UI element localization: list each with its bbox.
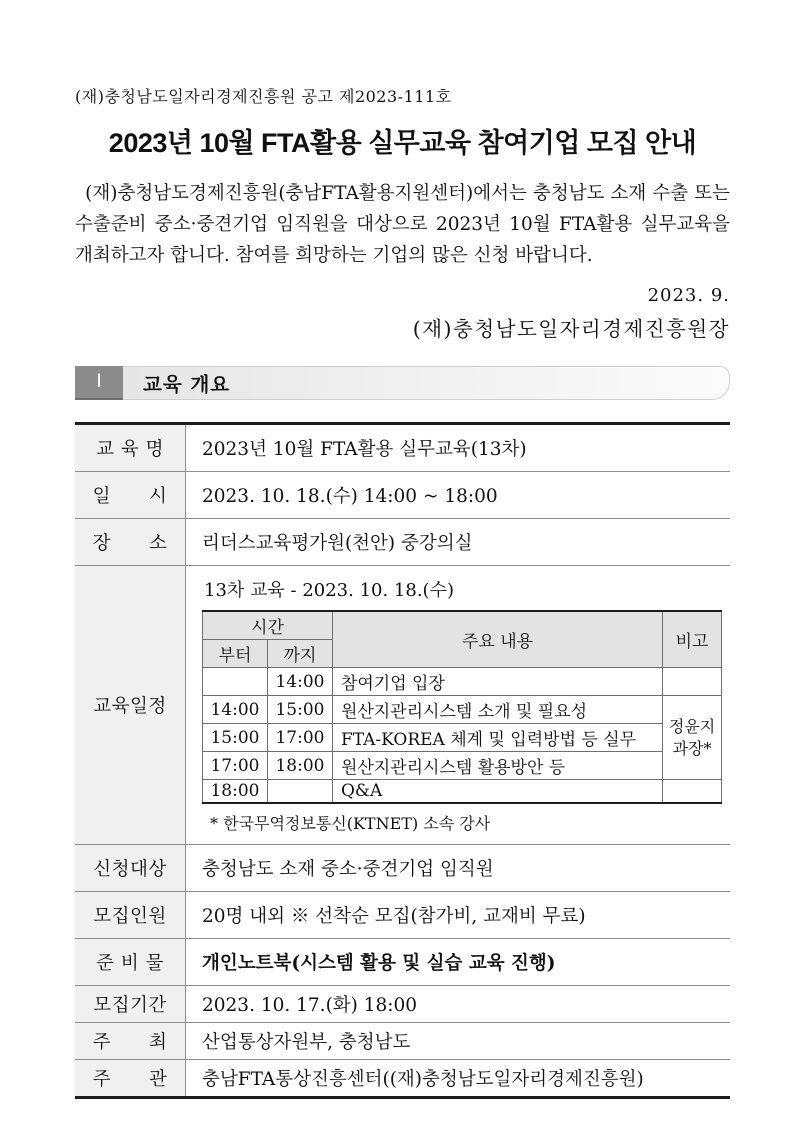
schedule-footnote: * 한국무역정보통신(KTNET) 소속 강사 (210, 811, 722, 834)
schedule-row: 17:00 18:00 원산지관리시스템 활용방안 등 (203, 752, 722, 780)
row-value: 2023. 10. 17.(화) 18:00 (186, 986, 731, 1023)
session-note (663, 780, 722, 804)
table-row-name: 교 육 명 2023년 10월 FTA활용 실무교육(13차) (75, 424, 730, 472)
row-value: 리더스교육평가원(천안) 중강의실 (186, 519, 731, 566)
session-content: 참여기업 입장 (332, 668, 662, 696)
table-row-host: 주 최 산업통상자원부, 충청남도 (75, 1023, 730, 1060)
section-header: I 교육 개요 (75, 366, 730, 400)
row-label: 교 육 명 (75, 424, 186, 472)
section-title: 교육 개요 (123, 369, 230, 397)
row-label: 교육일정 (75, 566, 186, 845)
row-value: 2023년 10월 FTA활용 실무교육(13차) (186, 424, 731, 472)
document-page: (재)충청남도일자리경제진흥원 공고 제2023-111호 2023년 10월 … (0, 0, 800, 1099)
schedule-cell: 13차 교육 - 2023. 10. 18.(수) 시간 주요 내용 비고 (186, 566, 731, 845)
time-from: 15:00 (203, 724, 268, 752)
table-row-schedule: 교육일정 13차 교육 - 2023. 10. 18.(수) 시간 주요 내용 … (75, 566, 730, 845)
row-label: 주 관 (75, 1060, 186, 1098)
signature: (재)충청남도일자리경제진흥원장 (75, 312, 730, 342)
session-content: 원산지관리시스템 활용방안 등 (332, 752, 662, 780)
time-to: 14:00 (267, 668, 332, 696)
session-note (663, 668, 722, 696)
announcement-date: 2023. 9. (75, 285, 730, 306)
time-from: 18:00 (203, 780, 268, 804)
row-label: 신청대상 (75, 845, 186, 892)
table-row-organizer: 주 관 충남FTA통상진흥센터((재)충청남도일자리경제진흥원) (75, 1060, 730, 1098)
row-value: 2023. 10. 18.(수) 14:00 ~ 18:00 (186, 472, 731, 519)
col-header-note: 비고 (663, 611, 722, 668)
session-content: FTA-KOREA 체계 및 입력방법 등 실무 (332, 724, 662, 752)
page-title: 2023년 10월 FTA활용 실무교육 참여기업 모집 안내 (75, 121, 730, 160)
row-value: 충남FTA통상진흥센터((재)충청남도일자리경제진흥원) (186, 1060, 731, 1098)
time-from (203, 668, 268, 696)
row-value: 충청남도 소재 중소·중견기업 임직원 (186, 845, 731, 892)
col-header-time: 시간 (203, 611, 333, 640)
time-to: 18:00 (267, 752, 332, 780)
schedule-row: 14:00 15:00 원산지관리시스템 소개 및 필요성 정윤지 과장* (203, 696, 722, 724)
row-label: 장 소 (75, 519, 186, 566)
session-content: 원산지관리시스템 소개 및 필요성 (332, 696, 662, 724)
schedule-row: 15:00 17:00 FTA-KOREA 체계 및 입력방법 등 실무 (203, 724, 722, 752)
intro-paragraph: (재)충청남도경제진흥원(충남FTA활용지원센터)에서는 충청남도 소재 수출 … (75, 178, 730, 271)
table-row-datetime: 일 시 2023. 10. 18.(수) 14:00 ~ 18:00 (75, 472, 730, 519)
row-label: 주 최 (75, 1023, 186, 1060)
schedule-row: 14:00 참여기업 입장 (203, 668, 722, 696)
instructor-note: 정윤지 과장* (663, 696, 722, 780)
schedule-row: 18:00 Q&A (203, 780, 722, 804)
time-to: 17:00 (267, 724, 332, 752)
schedule-caption: 13차 교육 - 2023. 10. 18.(수) (204, 576, 722, 602)
col-header-content: 주요 내용 (332, 611, 662, 668)
table-row-target: 신청대상 충청남도 소재 중소·중견기업 임직원 (75, 845, 730, 892)
col-header-to: 까지 (267, 640, 332, 668)
row-label: 모집기간 (75, 986, 186, 1023)
time-from: 14:00 (203, 696, 268, 724)
row-label: 일 시 (75, 472, 186, 519)
schedule-table: 시간 주요 내용 비고 부터 까지 (202, 610, 722, 804)
table-row-materials: 준 비 물 개인노트북(시스템 활용 및 실습 교육 진행) (75, 939, 730, 986)
overview-table: 교 육 명 2023년 10월 FTA활용 실무교육(13차) 일 시 2023… (75, 422, 730, 1099)
notice-number: (재)충청남도일자리경제진흥원 공고 제2023-111호 (75, 84, 730, 107)
section-numeral: I (75, 366, 123, 400)
table-row-venue: 장 소 리더스교육평가원(천안) 중강의실 (75, 519, 730, 566)
col-header-from: 부터 (203, 640, 268, 668)
row-label: 모집인원 (75, 892, 186, 939)
row-value: 산업통상자원부, 충청남도 (186, 1023, 731, 1060)
row-value: 20명 내외 ※ 선착순 모집(참가비, 교재비 무료) (186, 892, 731, 939)
table-row-period: 모집기간 2023. 10. 17.(화) 18:00 (75, 986, 730, 1023)
time-to (267, 780, 332, 804)
session-content: Q&A (332, 780, 662, 804)
row-value: 개인노트북(시스템 활용 및 실습 교육 진행) (186, 939, 731, 986)
table-row-capacity: 모집인원 20명 내외 ※ 선착순 모집(참가비, 교재비 무료) (75, 892, 730, 939)
row-label: 준 비 물 (75, 939, 186, 986)
time-to: 15:00 (267, 696, 332, 724)
schedule-header-row: 시간 주요 내용 비고 (203, 611, 722, 640)
section-strip: 교육 개요 (123, 366, 730, 400)
time-from: 17:00 (203, 752, 268, 780)
